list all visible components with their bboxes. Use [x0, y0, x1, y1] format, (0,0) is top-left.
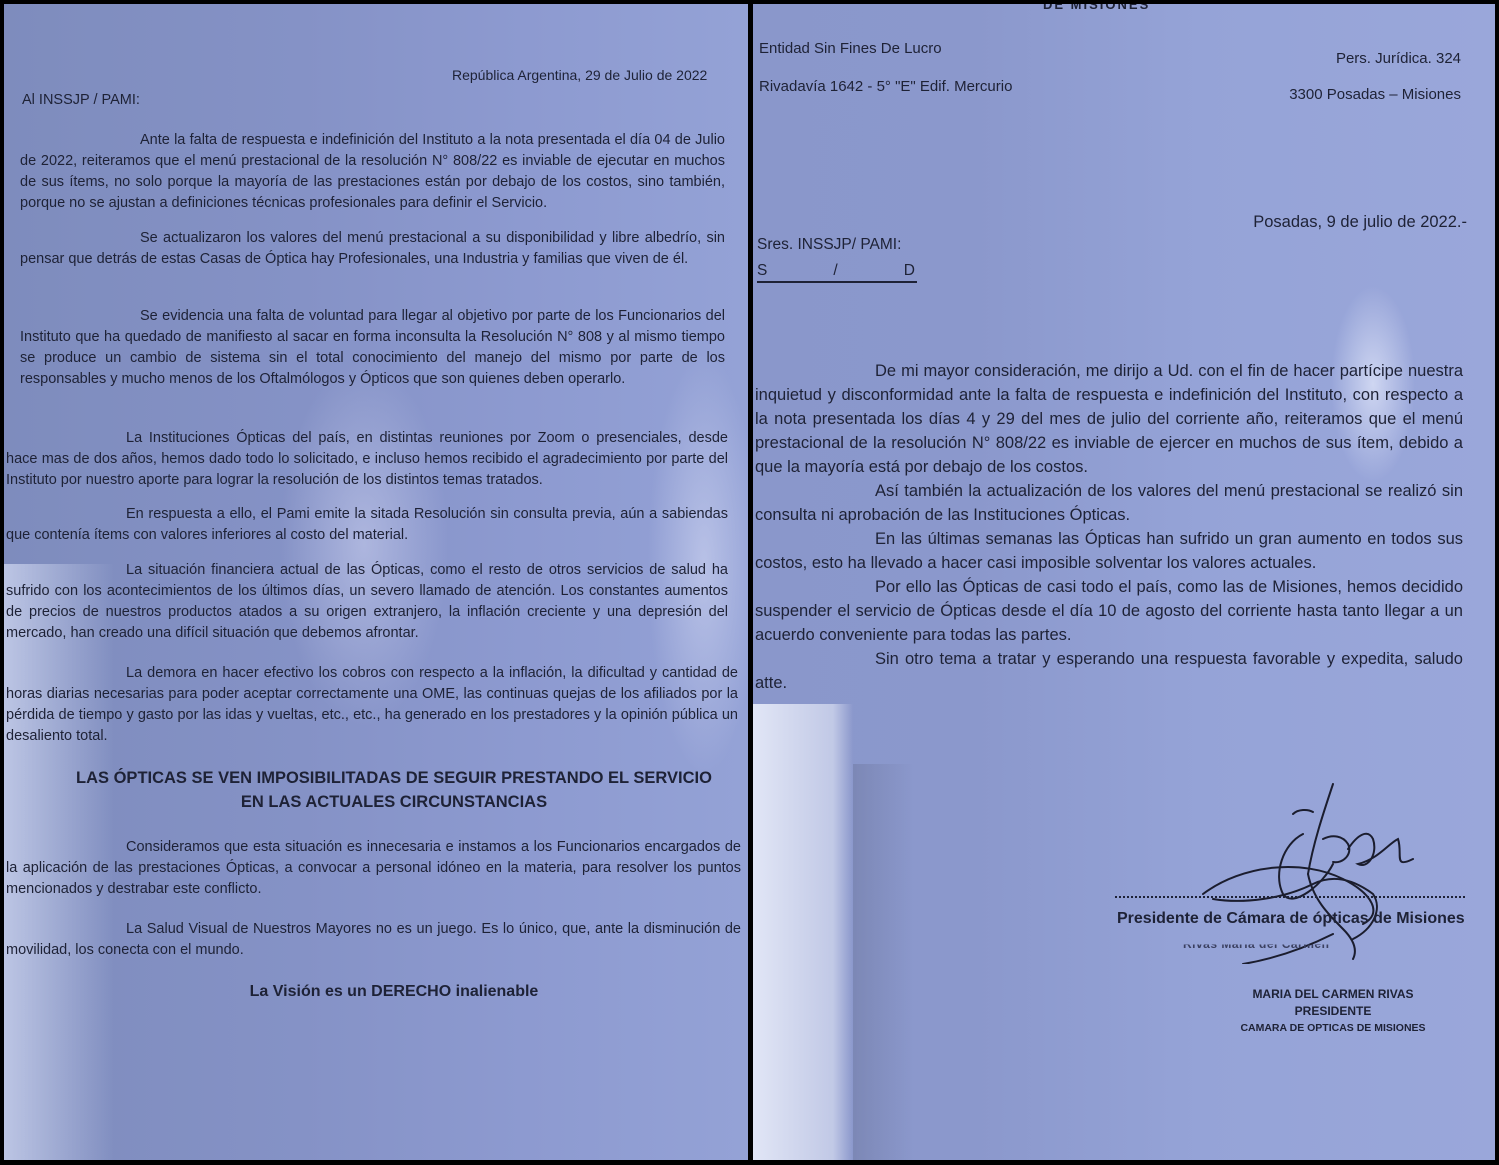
- letter-date: Posadas, 9 de julio de 2022.-: [1253, 212, 1467, 233]
- handwritten-signature: [1183, 764, 1483, 964]
- paragraph: En las últimas semanas las Ópticas han s…: [755, 527, 1463, 575]
- paper-fold-shadow: [853, 764, 913, 1160]
- letter-date: República Argentina, 29 de Julio de 2022: [452, 65, 707, 86]
- paragraph: Así también la actualización de los valo…: [755, 479, 1463, 527]
- entity-city: 3300 Posadas – Misiones: [1289, 84, 1461, 105]
- letter-greeting: Al INSSJP / PAMI:: [22, 90, 140, 111]
- official-stamp: MARIA DEL CARMEN RIVAS PRESIDENTE CAMARA…: [1223, 986, 1443, 1037]
- legal-person-number: Pers. Jurídica. 324: [1336, 48, 1461, 69]
- entity-address: Rivadavía 1642 - 5° "E" Edif. Mercurio: [759, 76, 1012, 97]
- entity-type: Entidad Sin Fines De Lucro: [759, 38, 942, 59]
- paragraph: Se evidencia una falta de voluntad para …: [20, 306, 725, 390]
- emphasis-heading: LAS ÓPTICAS SE VEN IMPOSIBILITADAS DE SE…: [44, 766, 744, 814]
- heading-line-2: EN LAS ACTUALES CIRCUNSTANCIAS: [44, 790, 744, 814]
- paragraph: Ante la falta de respuesta e indefinició…: [20, 130, 725, 214]
- paragraph: La situación financiera actual de las Óp…: [6, 560, 728, 644]
- signer-title: Presidente de Cámara de ópticas de Misio…: [1117, 908, 1465, 929]
- stamp-organization: CAMARA DE OPTICAS DE MISIONES: [1223, 1020, 1443, 1037]
- paragraph: Consideramos que esta situación es innec…: [6, 837, 741, 900]
- sd-left: S: [757, 260, 767, 281]
- paper-glare: [753, 704, 853, 1160]
- closing-statement: La Visión es un DERECHO inalienable: [44, 981, 744, 1002]
- stamp-name: MARIA DEL CARMEN RIVAS: [1223, 986, 1443, 1003]
- paragraph: De mi mayor consideración, me dirijo a U…: [755, 359, 1463, 479]
- sd-right: D: [904, 260, 915, 281]
- stamp-role: PRESIDENTE: [1223, 1003, 1443, 1020]
- paragraph: Sin otro tema a tratar y esperando una r…: [755, 647, 1463, 695]
- paragraph: La demora en hacer efectivo los cobros c…: [6, 663, 738, 747]
- sd-slash: /: [833, 260, 837, 281]
- letter-body: De mi mayor consideración, me dirijo a U…: [755, 359, 1463, 695]
- paragraph: La Instituciones Ópticas del país, en di…: [6, 428, 728, 491]
- heading-line-1: LAS ÓPTICAS SE VEN IMPOSIBILITADAS DE SE…: [44, 766, 744, 790]
- signature-line: [1115, 896, 1465, 898]
- paragraph: Se actualizaron los valores del menú pre…: [20, 228, 725, 270]
- letter-recipient: Sres. INSSJP/ PAMI:: [757, 234, 901, 255]
- sd-line: S / D: [757, 260, 917, 283]
- paragraph: La Salud Visual de Nuestros Mayores no e…: [6, 919, 741, 961]
- letter-page-left: República Argentina, 29 de Julio de 2022…: [4, 4, 748, 1160]
- paragraph: En respuesta a ello, el Pami emite la si…: [6, 504, 728, 546]
- paragraph: Por ello las Ópticas de casi todo el paí…: [755, 575, 1463, 647]
- letter-page-right: DE MISIONES Entidad Sin Fines De Lucro R…: [753, 4, 1495, 1160]
- letterhead-fragment: DE MISIONES: [1043, 4, 1150, 15]
